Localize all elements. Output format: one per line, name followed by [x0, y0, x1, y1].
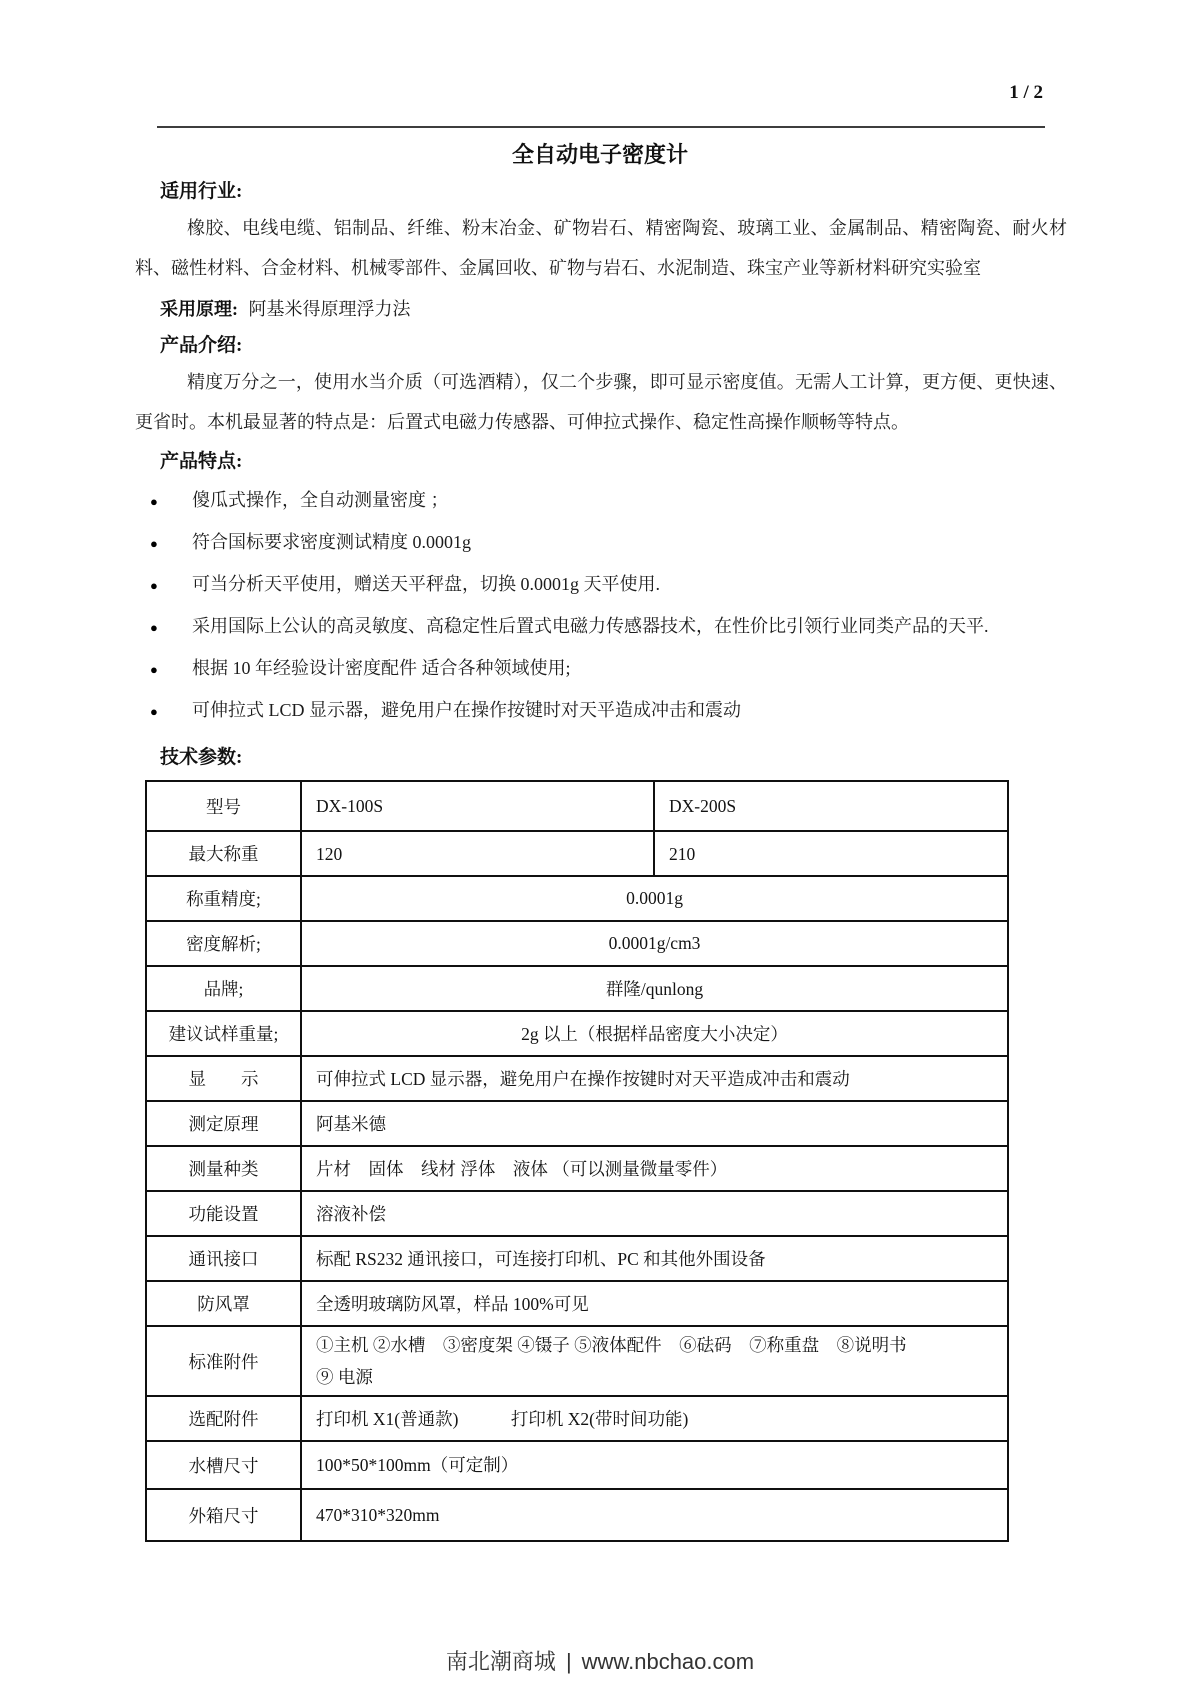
- row-label: 测定原理: [146, 1101, 301, 1146]
- feature-list: ● 傻瓜式操作，全自动测量密度 ； ● 符合国标要求密度测试精度 0.0001g…: [0, 480, 1200, 732]
- specs-table: 型号 DX-100S DX-200S 最大称重 120 210 称重精度; 0.…: [145, 780, 1009, 1542]
- row-value-dx100s: 120: [301, 831, 654, 876]
- feature-text: 可伸拉式 LCD 显示器，避免用户在操作按键时对天平造成冲击和震动: [192, 690, 741, 730]
- footer-site-name: 南北潮商城: [446, 1649, 556, 1674]
- bullet-icon: ●: [150, 650, 192, 690]
- row-value: 标配 RS232 通讯接口，可连接打印机、PC 和其他外围设备: [301, 1236, 1008, 1281]
- row-value: 溶液补偿: [301, 1191, 1008, 1236]
- feature-text: 采用国际上公认的高灵敏度、高稳定性后置式电磁力传感器技术，在性价比引领行业同类产…: [192, 606, 989, 646]
- row-value: 阿基米德: [301, 1101, 1008, 1146]
- row-label: 测量种类: [146, 1146, 301, 1191]
- heading-principle: 采用原理:: [160, 299, 238, 319]
- row-value: ①主机 ②水槽 ③密度架 ④镊子 ⑤液体配件 ⑥砝码 ⑦称重盘 ⑧说明书 ⑨ 电…: [301, 1326, 1008, 1396]
- table-row: 标准附件 ①主机 ②水槽 ③密度架 ④镊子 ⑤液体配件 ⑥砝码 ⑦称重盘 ⑧说明…: [146, 1326, 1008, 1396]
- row-value: 全透明玻璃防风罩，样品 100%可见: [301, 1281, 1008, 1326]
- feature-item: ● 可当分析天平使用，赠送天平秤盘，切换 0.0001g 天平使用.: [150, 564, 1060, 606]
- row-value: 2g 以上（根据样品密度大小决定）: [301, 1011, 1008, 1056]
- row-label: 防风罩: [146, 1281, 301, 1326]
- feature-text: 根据 10 年经验设计密度配件 适合各种领域使用;: [192, 648, 571, 688]
- bullet-icon: ●: [150, 566, 192, 606]
- feature-text: 可当分析天平使用，赠送天平秤盘，切换 0.0001g 天平使用.: [192, 564, 660, 604]
- principle-line: 采用原理: 阿基米得原理浮力法: [160, 292, 1200, 326]
- header-divider-rule: [157, 126, 1045, 128]
- heading-industries: 适用行业:: [160, 176, 1200, 208]
- table-row: 测定原理 阿基米德: [146, 1101, 1008, 1146]
- row-value-dx200s: DX-200S: [654, 781, 1008, 831]
- row-label: 型号: [146, 781, 301, 831]
- row-label: 最大称重: [146, 831, 301, 876]
- row-label: 选配附件: [146, 1396, 301, 1441]
- table-row: 防风罩 全透明玻璃防风罩，样品 100%可见: [146, 1281, 1008, 1326]
- feature-item: ● 采用国际上公认的高灵敏度、高稳定性后置式电磁力传感器技术，在性价比引领行业同…: [150, 606, 1060, 648]
- row-value-dx100s: DX-100S: [301, 781, 654, 831]
- row-value: 打印机 X1(普通款) 打印机 X2(带时间功能): [301, 1396, 1008, 1441]
- table-row: 型号 DX-100S DX-200S: [146, 781, 1008, 831]
- bullet-icon: ●: [150, 524, 192, 564]
- table-row: 外箱尺寸 470*310*320mm: [146, 1489, 1008, 1541]
- row-value: 470*310*320mm: [301, 1489, 1008, 1541]
- row-value: 群隆/qunlong: [301, 966, 1008, 1011]
- feature-item: ● 根据 10 年经验设计密度配件 适合各种领域使用;: [150, 648, 1060, 690]
- doc-title: 全自动电子密度计: [0, 138, 1200, 172]
- heading-intro: 产品介绍:: [160, 330, 1200, 362]
- row-value: 0.0001g/cm3: [301, 921, 1008, 966]
- table-row: 建议试样重量; 2g 以上（根据样品密度大小决定）: [146, 1011, 1008, 1056]
- bullet-icon: ●: [150, 608, 192, 648]
- feature-item: ● 可伸拉式 LCD 显示器，避免用户在操作按键时对天平造成冲击和震动: [150, 690, 1060, 732]
- row-label: 品牌;: [146, 966, 301, 1011]
- footer-url: www.nbchao.com: [582, 1649, 754, 1674]
- row-value: 片材 固体 线材 浮体 液体 （可以测量微量零件）: [301, 1146, 1008, 1191]
- table-row: 品牌; 群隆/qunlong: [146, 966, 1008, 1011]
- table-row: 称重精度; 0.0001g: [146, 876, 1008, 921]
- row-value: 0.0001g: [301, 876, 1008, 921]
- row-label: 外箱尺寸: [146, 1489, 301, 1541]
- table-row: 选配附件 打印机 X1(普通款) 打印机 X2(带时间功能): [146, 1396, 1008, 1441]
- heading-specs: 技术参数:: [160, 742, 1200, 774]
- feature-text: 符合国标要求密度测试精度 0.0001g: [192, 522, 471, 562]
- row-label: 建议试样重量;: [146, 1011, 301, 1056]
- row-label: 水槽尺寸: [146, 1441, 301, 1489]
- footer-separator: |: [566, 1649, 572, 1674]
- row-label: 通讯接口: [146, 1236, 301, 1281]
- row-label: 密度解析;: [146, 921, 301, 966]
- table-row: 测量种类 片材 固体 线材 浮体 液体 （可以测量微量零件）: [146, 1146, 1008, 1191]
- paragraph-intro: 精度万分之一，使用水当介质（可选酒精），仅二个步骤，即可显示密度值。无需人工计算…: [135, 362, 1067, 442]
- principle-text: 阿基米得原理浮力法: [249, 299, 411, 319]
- heading-features: 产品特点:: [160, 446, 1200, 478]
- bullet-icon: ●: [150, 482, 192, 522]
- row-value: 100*50*100mm（可定制）: [301, 1441, 1008, 1489]
- site-footer: 南北潮商城|www.nbchao.com: [0, 1645, 1200, 1676]
- table-row: 通讯接口 标配 RS232 通讯接口，可连接打印机、PC 和其他外围设备: [146, 1236, 1008, 1281]
- paragraph-industries: 橡胶、电线电缆、铝制品、纤维、粉末冶金、矿物岩石、精密陶瓷、玻璃工业、金属制品、…: [135, 208, 1067, 288]
- table-row: 显 示 可伸拉式 LCD 显示器，避免用户在操作按键时对天平造成冲击和震动: [146, 1056, 1008, 1101]
- row-value-dx200s: 210: [654, 831, 1008, 876]
- table-row: 水槽尺寸 100*50*100mm（可定制）: [146, 1441, 1008, 1489]
- row-label: 标准附件: [146, 1326, 301, 1396]
- feature-item: ● 傻瓜式操作，全自动测量密度 ；: [150, 480, 1060, 522]
- table-row: 最大称重 120 210: [146, 831, 1008, 876]
- row-label: 显 示: [146, 1056, 301, 1101]
- row-label: 功能设置: [146, 1191, 301, 1236]
- feature-text: 傻瓜式操作，全自动测量密度 ；: [192, 480, 449, 520]
- table-row: 密度解析; 0.0001g/cm3: [146, 921, 1008, 966]
- row-label: 称重精度;: [146, 876, 301, 921]
- feature-item: ● 符合国标要求密度测试精度 0.0001g: [150, 522, 1060, 564]
- row-value: 可伸拉式 LCD 显示器，避免用户在操作按键时对天平造成冲击和震动: [301, 1056, 1008, 1101]
- bullet-icon: ●: [150, 692, 192, 732]
- table-row: 功能设置 溶液补偿: [146, 1191, 1008, 1236]
- page-number: 1 / 2: [0, 82, 1043, 104]
